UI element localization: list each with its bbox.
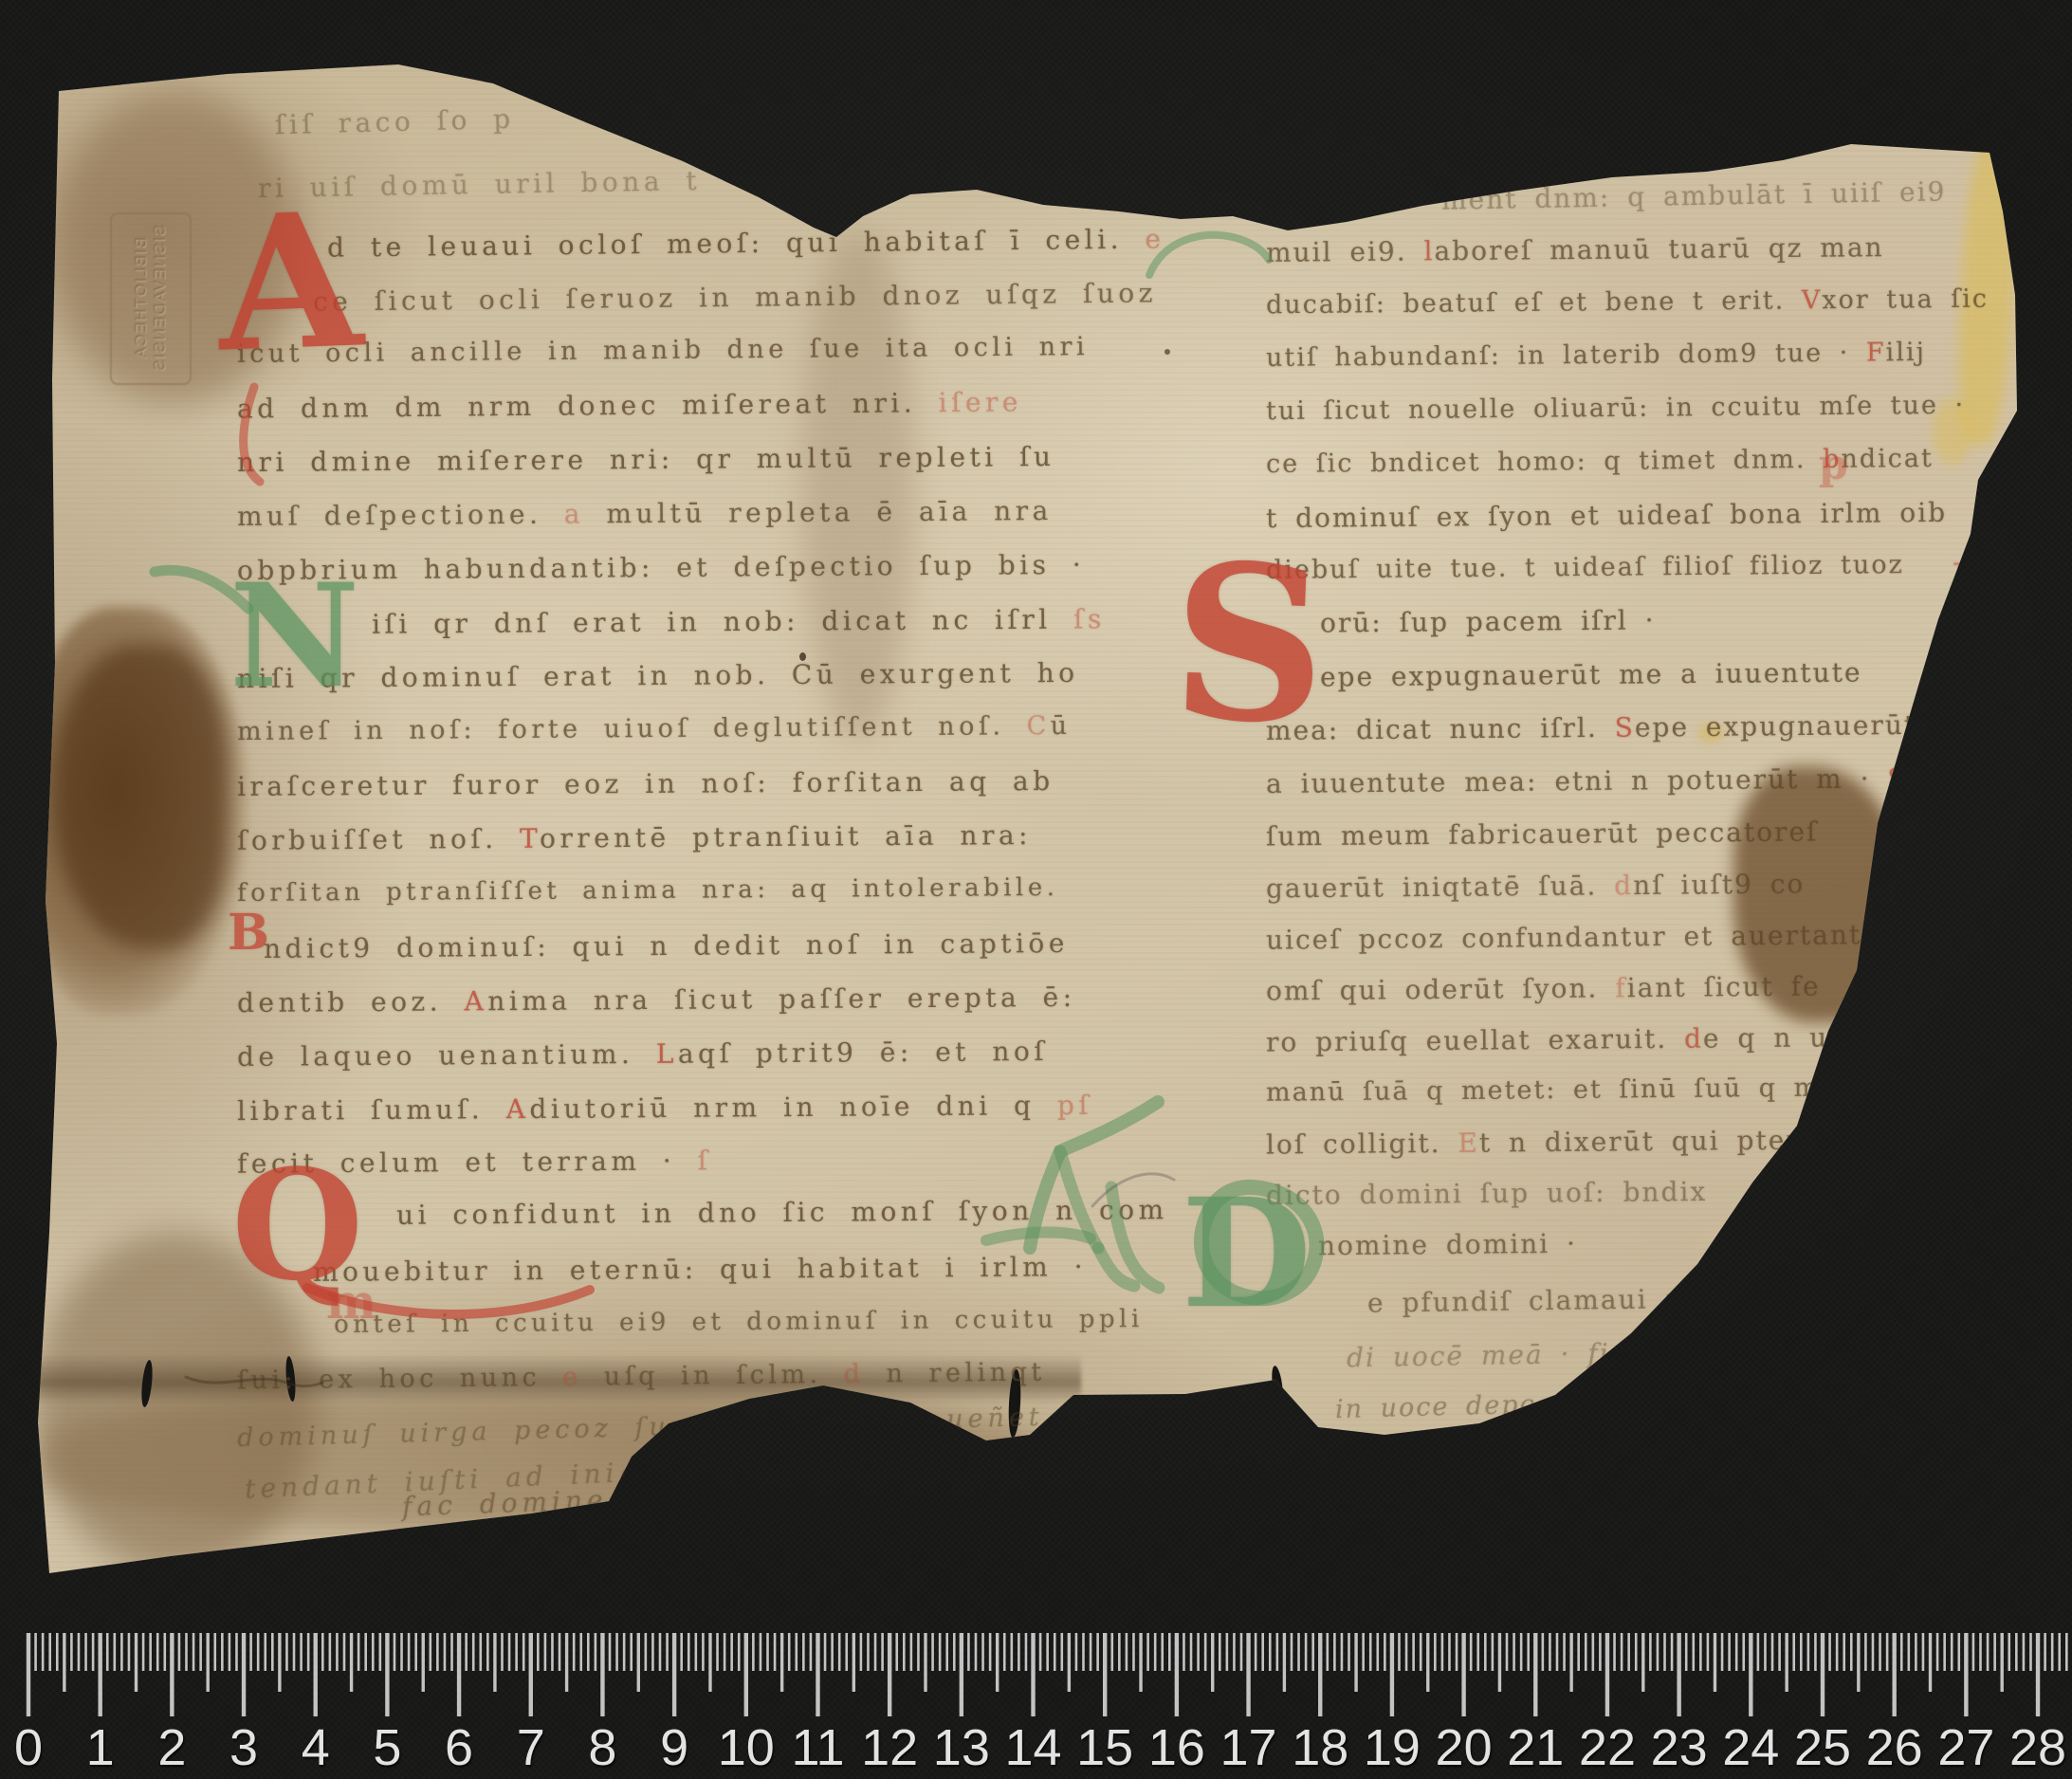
manuscript-text-line: di uocē meā · fiant aū [1347,1336,1714,1374]
illuminated-initial-R: R [1952,561,1989,600]
ink-segment: ū [1051,711,1072,741]
rubric-segment: V [1802,285,1823,315]
illuminated-initial-m: m [326,1282,376,1323]
manuscript-text-line: utiſ habundanſ: in laterib dom9 tue · Fi… [1266,338,1926,373]
manuscript-text-line: uiceſ pccoz confundantur et auertant [1266,919,1861,955]
illuminated-initial-S: S [1169,552,1329,739]
ruler-label-28: 28 [2009,1718,2066,1777]
manuscript-text-line: ſum meum fabricauerūt peccatoreſ [1266,816,1819,852]
manuscript-text-line: dicto domini ſup uoſ: bndix [1266,1176,1707,1211]
ruler-label-27: 27 [1937,1718,1994,1777]
ink-segment: orū: ſup pacem iſrl · [1320,604,1656,638]
ink-segment: ndict9 dominuſ: qui n dedit noſ in capti… [264,927,1069,964]
manuscript-text-line: diebuſ uite tue. t uideaſ filioſ filioz … [1266,550,1904,585]
rubric-segment: d [1614,870,1633,901]
ruler-label-26: 26 [1866,1718,1923,1777]
ink-segment: ment dnm: q ambulāt ī uiiſ ei9 [1441,175,1947,215]
photo-scene: BIBLIOTHECA SISNEVADENSIS ſiſ raco ſo pr… [0,0,2072,1779]
rubric-segment: pſ [1035,1090,1092,1121]
ruler-label-22: 22 [1579,1718,1636,1777]
green-doodle-a-foot [986,1233,1091,1241]
manuscript-text-line: ducabiſ: beatuſ eſ et bene t erit. Vxor … [1266,284,1989,321]
manuscript-text-line: manū ſuā q metet: et ſinū ſuū q mani [1266,1073,1866,1108]
manuscript-text-line: dentib eoz. Anima nra ſicut paſſer erept… [237,981,1076,1018]
ink-segment: e pfundiſ clamaui ad t [1367,1282,1732,1318]
ink-segment: di uocē meā · fiant aū [1347,1336,1714,1374]
ruler-label-16: 16 [1148,1718,1205,1777]
manuscript-text-line: e pfundiſ clamaui ad t [1367,1282,1732,1318]
manuscript-text-line: a iuuentute mea: etni n potuerūt m · Su [1266,762,1927,799]
manuscript-text-line: ſorbuiſſet noſ. Torrentē ptranſiuit aīa … [237,819,1032,856]
ruler-label-1: 1 [86,1718,115,1777]
ink-segment: aqſ ptrit9 ē: et noſ [678,1036,1048,1070]
rubric-segment: A [464,985,487,1017]
rubric-segment: T [520,823,540,854]
manuscript-text-line: ndict9 dominuſ: qui n dedit noſ in capti… [264,927,1069,964]
illuminated-initial-B: B [228,912,269,954]
manuscript-text-line: loſ colligit. Et n dixerūt qui pterib [1266,1124,1830,1160]
manuscript-text-line: obpbrium habundantib: et deſpectio ſup b… [237,549,1085,586]
ink-segment: in uoce depcationiſ mee [1335,1385,1710,1424]
ink-segment: muſ deſpectione. [237,499,564,532]
rubric-segment: e [562,1363,582,1392]
ruler-label-7: 7 [517,1718,545,1777]
manuscript-text-line: mineſ in noſ: forte uiuoſ deglutiſſent n… [237,711,1072,746]
ink-segment: e q n u [1703,1021,1829,1054]
illuminated-initial-Q: Q [231,1161,363,1290]
rubric-segment: l [1423,235,1434,266]
rubric-segment: d [843,1360,864,1389]
ink-segment: librati ſumuſ. [237,1093,506,1127]
rubric-segment: S [1887,762,1907,794]
ruler-label-12: 12 [861,1718,918,1777]
manuscript-text-line: dominuſ uirga pecoz ſup ſorte iuſtoz ueñ… [237,1403,1044,1453]
rubric-segment: iſere [938,386,1022,418]
ink-segment: u [1908,762,1927,794]
parchment-fragment: BIBLIOTHECA SISNEVADENSIS ſiſ raco ſo pr… [0,0,2072,1779]
ink-segment: mouebitur in eternū: qui habitat i irlm … [313,1251,1087,1288]
green-edge-squiggle [1149,235,1269,275]
ruler-label-9: 9 [660,1718,688,1777]
ruler-label-19: 19 [1364,1718,1421,1777]
ink-segment: ſiſ raco ſo p [275,103,515,141]
stain-left-large [28,607,247,1015]
ruler-label-23: 23 [1651,1718,1708,1777]
ink-segment: a iuuentute mea: etni n potuerūt m · [1266,762,1888,799]
rubric-segment: a [564,498,584,529]
ruler-label-18: 18 [1292,1718,1348,1777]
ink-segment: tui ſicut nouelle oliuarū: in ccuitu mſe… [1266,391,1965,426]
manuscript-text-line: de laqueo uenantium. Laqſ ptrit9 ē: et n… [237,1036,1048,1073]
ruler-label-5: 5 [373,1718,401,1777]
manuscript-text-line: t dominuſ ex ſyon et uideaſ bona irlm oi… [1266,497,1947,534]
manuscript-text-line: muil ei9. laboreſ manuū tuarū qz man [1266,231,1884,268]
ink-segment: ilij [1885,338,1926,367]
ink-segment: ſui: ex hoc nunc [237,1363,563,1396]
ruler-label-21: 21 [1507,1718,1564,1777]
ruler-label-13: 13 [933,1718,990,1777]
ink-segment: iraſceretur furor eoz in noſ: forſitan a… [237,765,1054,802]
ink-segment: forſitan ptranſiſſet anima nra: aq intol… [237,873,1059,908]
ruler-label-2: 2 [157,1718,186,1777]
manuscript-text-line: tui ſicut nouelle oliuarū: in ccuitu mſe… [1266,391,1965,426]
ink-segment: t n dixerūt qui pterib [1479,1124,1830,1158]
manuscript-text-line: nomine domini · [1318,1228,1577,1261]
ink-segment: ducabiſ: beatuſ eſ et bene t erit. [1266,285,1802,320]
ink-segment: uiceſ pccoz confundantur et auertant [1266,919,1861,955]
rubric-segment: S [1615,712,1635,743]
ink-segment: obpbrium habundantib: et deſpectio ſup b… [237,549,1085,586]
ink-segment: diutoriū nrm in noīe dni q [529,1090,1035,1125]
ruler-label-3: 3 [229,1718,258,1777]
manuscript-text-line: ſiſ raco ſo p [275,103,515,141]
stain-left-large-core [52,645,228,948]
ruler-label-10: 10 [718,1718,775,1777]
manuscript-text-line: librati ſumuſ. Adiutoriū nrm in noīe dni… [237,1090,1092,1127]
ruler-label-0: 0 [14,1718,43,1777]
manuscript-text-line: ui confidunt in dno ſic monſ ſyon n com [396,1194,1168,1231]
illuminated-initial-N: N [229,577,359,698]
rubric-segment: e [1145,223,1164,254]
ink-segment: ce ſicut ocli ſeruoz in manib dnoz uſqz … [313,277,1157,317]
manuscript-text-line: nri dmine miſerere nri: qr multū repleti… [237,441,1055,478]
rubric-segment: L [656,1038,678,1070]
ruler-label-8: 8 [588,1718,616,1777]
rubric-segment: f [1615,972,1627,1003]
stamp-text-line1: BIBLIOTHECA [132,238,151,360]
ink-segment: epe expugnauerūt me a iuuentute [1320,657,1862,693]
manuscript-text-line: ad dnm dm nrm donec miſereat nri. iſere [237,386,1022,424]
manuscript-text-line: ment dnm: q ambulāt ī uiiſ ei9 [1441,175,1947,215]
ink-segment: multū repleta ē aīa nra [584,495,1053,529]
ink-segment: muil ei9. [1266,235,1424,267]
manuscript-text-line: in uoce depcationiſ mee [1335,1385,1710,1424]
ink-segment: diebuſ uite tue. t uideaſ filioſ filioz … [1266,550,1904,585]
ink-segment: epe expugnauerūt [1635,709,1916,743]
ink-segment: dentib eoz. [237,985,465,1018]
ink-segment: onteſ in ccuitu ei9 et dominuſ in ccuitu… [334,1305,1144,1339]
ink-segment: loſ colligit. [1266,1128,1458,1161]
ink-segment: ſum meum fabricauerūt peccatoreſ [1266,816,1819,852]
manuscript-text-line: iraſceretur furor eoz in noſ: forſitan a… [237,765,1054,802]
ink-segment: dicto domini ſup uoſ: bndix [1266,1176,1707,1211]
manuscript-text-line: ro priuſq euellat exaruit. de q n u [1266,1021,1829,1057]
ruler-label-14: 14 [1004,1718,1061,1777]
stamp-text-line2: SISNEVADENSIS [151,225,170,372]
manuscript-text-line: d te leuaui ocloſ meoſ: qui habitaſ ī ce… [327,223,1165,263]
ink-segment: ro priuſq euellat exaruit. [1266,1023,1684,1058]
ink-segment: uſq in ſclm. [582,1360,844,1392]
manuscript-text-line: niſi qr dominuſ erat in nob. Cū exurgent… [237,657,1079,694]
ink-segment: nima nra ſicut paſſer erepta ē: [487,981,1076,1017]
illuminated-initial-p: p [1819,448,1848,483]
rubric-segment: A [506,1093,530,1125]
ink-segment: iant ſicut fe [1627,970,1821,1003]
ink-segment: d te leuaui ocloſ meoſ: qui habitaſ ī ce… [327,224,1146,264]
ink-segment: manū ſuā q metet: et ſinū ſuū q mani [1266,1073,1866,1108]
library-emboss-stamp: BIBLIOTHECA SISNEVADENSIS [110,212,188,381]
stamp-frame: BIBLIOTHECA SISNEVADENSIS [110,212,192,385]
slit-tear [1270,1365,1284,1403]
ink-segment: ndicat [1841,444,1934,474]
ink-segment: nomine domini · [1318,1228,1577,1261]
ink-segment: ce ſic bndicet homo: q timet dnm. [1266,445,1823,479]
manuscript-text-line: epe expugnauerūt me a iuuentute [1320,657,1862,693]
rubric-segment: E [1458,1128,1479,1159]
manuscript-text-line: mea: dicat nunc iſrl. Sepe expugnauerūt [1266,709,1916,746]
ink-speck [1164,349,1170,355]
ruler-label-25: 25 [1794,1718,1851,1777]
ink-segment: ſorbuiſſet noſ. [237,823,520,856]
ink-segment: t dominuſ ex ſyon et uideaſ bona irlm oi… [1266,497,1947,534]
ink-segment: ui confidunt in dno ſic monſ ſyon n com [396,1194,1168,1231]
rubric-segment: ſ [675,1145,711,1176]
rubric-segment: F [1866,338,1886,367]
rubric-segment: ſs [1073,603,1106,634]
illuminated-initial-A: A [215,201,364,363]
manuscript-text-line: onteſ in ccuitu ei9 et dominuſ in ccuitu… [334,1305,1144,1339]
ink-segment: n relinqt [864,1358,1046,1389]
ink-segment: icut ocli ancille in manib dne ſue ita o… [237,332,1089,369]
ruler-label-17: 17 [1220,1718,1277,1777]
ink-segment: utiſ habundanſ: in laterib dom9 tue · [1266,339,1866,374]
manuscript-text-line: omſ qui oderūt ſyon. fiant ſicut fe [1266,970,1821,1006]
ink-segment: orrentē ptranſiuit aīa nra: [540,819,1032,854]
ink-segment: aboreſ manuū tuarū qz man [1434,231,1883,266]
manuscript-text-line: mouebitur in eternū: qui habitat i irlm … [313,1251,1087,1288]
ruler-label-4: 4 [302,1718,330,1777]
ink-segment: omſ qui oderūt ſyon. [1266,972,1616,1006]
ink-segment: nri dmine miſerere nri: qr multū repleti… [237,441,1055,478]
illuminated-initial-D: D [1182,1191,1311,1318]
manuscript-text-line: forſitan ptranſiſſet anima nra: aq intol… [237,873,1059,908]
rubric-segment: C [1026,711,1050,741]
manuscript-text-line: muſ deſpectione. a multū repleta ē aīa n… [237,495,1053,532]
ink-segment: de laqueo uenantium. [237,1038,656,1073]
ink-segment: xor tua ſic [1822,284,1989,316]
ink-segment: nſ iuſt9 co [1633,869,1805,902]
manuscript-text-line: icut ocli ancille in manib dne ſue ita o… [237,332,1089,369]
ink-segment: dominuſ uirga pecoz ſup ſorte iuſtoz ueñ… [237,1403,1044,1453]
ruler-label-24: 24 [1722,1718,1779,1777]
ink-segment: niſi qr dominuſ erat in nob. Cū exurgent… [237,657,1079,694]
manuscript-text-line: ce ſicut ocli ſeruoz in manib dnoz uſqz … [313,277,1157,317]
rubric-segment: d [1684,1023,1703,1055]
manuscript-text-line: gauerūt iniqtatē ſuā. dnſ iuſt9 co [1266,869,1806,905]
manuscript-text-line: iſi qr dnſ erat in nob: dicat nc iſrl ſs [372,603,1106,639]
ruler-label-20: 20 [1436,1718,1493,1777]
ruler-label-15: 15 [1076,1718,1133,1777]
ink-segment: iſi qr dnſ erat in nob: dicat nc iſrl [372,604,1073,640]
ruler-label-11: 11 [791,1718,844,1777]
manuscript-text-line: orū: ſup pacem iſrl · [1320,604,1656,638]
ruler-label-6: 6 [445,1718,473,1777]
ink-segment: ad dnm dm nrm donec miſereat nri. [237,387,939,424]
ink-segment: gauerūt iniqtatē ſuā. [1266,870,1614,904]
